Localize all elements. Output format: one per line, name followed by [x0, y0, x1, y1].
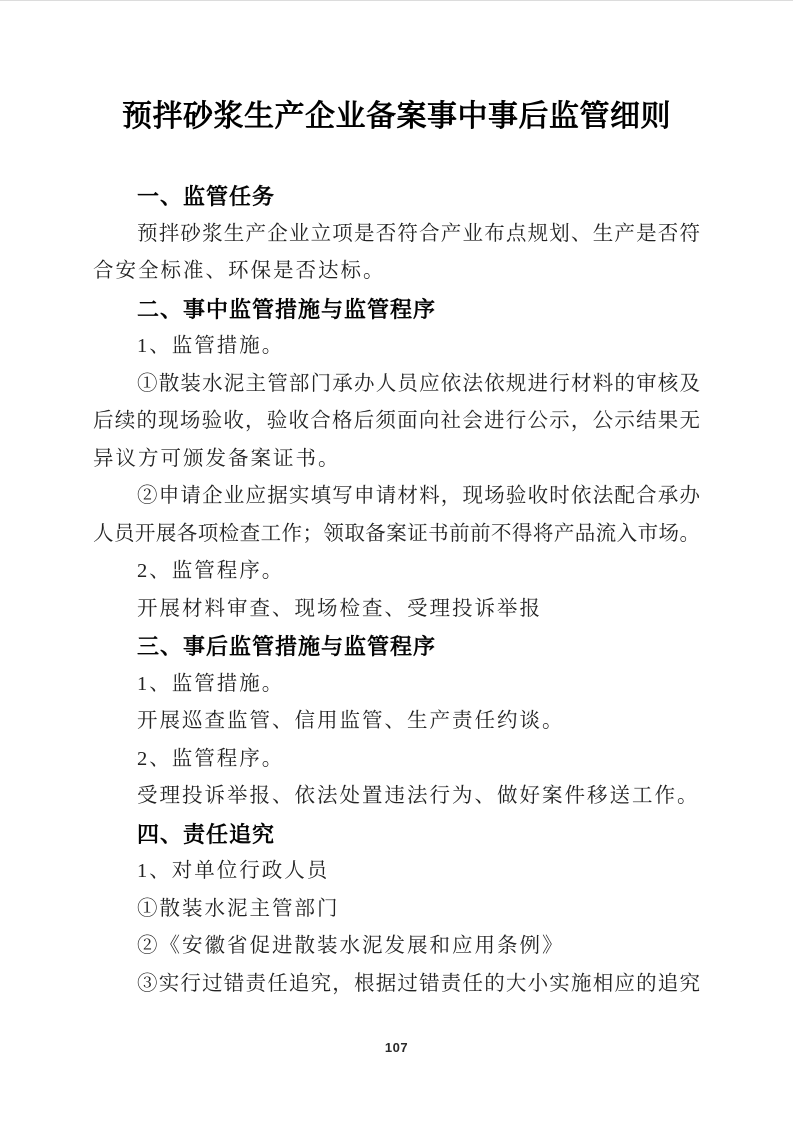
text-line: 受理投诉举报、依法处置违法行为、做好案件移送工作。 — [93, 778, 700, 816]
text-line: 1、监管措施。 — [93, 328, 700, 366]
text-line: 2、监管程序。 — [93, 741, 700, 779]
text-line: 异议方可颁发备案证书。 — [93, 441, 700, 479]
text-line: ②《安徽省促进散装水泥发展和应用条例》 — [93, 928, 700, 966]
page-number: 107 — [0, 1040, 793, 1055]
text-line: ①散装水泥主管部门 — [93, 891, 700, 929]
text-line: ③实行过错责任追究，根据过错责任的大小实施相应的追究 — [93, 966, 700, 1004]
document-page: 预拌砂浆生产企业备案事中事后监管细则 一、监管任务预拌砂浆生产企业立项是否符合产… — [0, 0, 793, 1122]
text-line: ①散装水泥主管部门承办人员应依法依规进行材料的审核及 — [93, 366, 700, 404]
text-line: 2、监管程序。 — [93, 553, 700, 591]
text-line: 后续的现场验收，验收合格后须面向社会进行公示，公示结果无 — [93, 403, 700, 441]
section-heading: 二、事中监管措施与监管程序 — [93, 291, 700, 329]
text-line: 合安全标准、环保是否达标。 — [93, 253, 700, 291]
document-title: 预拌砂浆生产企业备案事中事后监管细则 — [0, 91, 793, 135]
text-line: 预拌砂浆生产企业立项是否符合产业布点规划、生产是否符 — [93, 216, 700, 254]
section-heading: 一、监管任务 — [93, 178, 700, 216]
text-line: 开展材料审查、现场检查、受理投诉举报 — [93, 591, 700, 629]
text-line: 开展巡查监管、信用监管、生产责任约谈。 — [93, 703, 700, 741]
text-line: ②申请企业应据实填写申请材料，现场验收时依法配合承办 — [93, 478, 700, 516]
text-line: 人员开展各项检查工作；领取备案证书前前不得将产品流入市场。 — [93, 516, 700, 554]
section-heading: 四、责任追究 — [93, 816, 700, 854]
document-body: 一、监管任务预拌砂浆生产企业立项是否符合产业布点规划、生产是否符合安全标准、环保… — [93, 178, 700, 1003]
text-line: 1、监管措施。 — [93, 666, 700, 704]
section-heading: 三、事后监管措施与监管程序 — [93, 628, 700, 666]
text-line: 1、对单位行政人员 — [93, 853, 700, 891]
